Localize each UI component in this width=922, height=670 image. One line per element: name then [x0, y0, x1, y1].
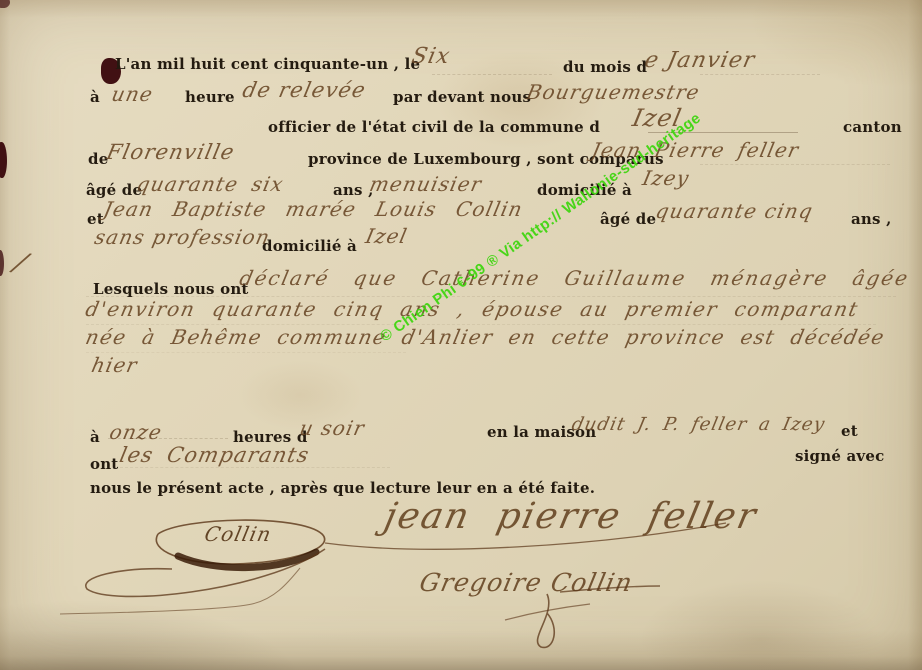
- scanned-death-record-page: L'an mil huit cent cinquante-un , le Six…: [0, 0, 922, 670]
- signature-flourish: [0, 0, 922, 670]
